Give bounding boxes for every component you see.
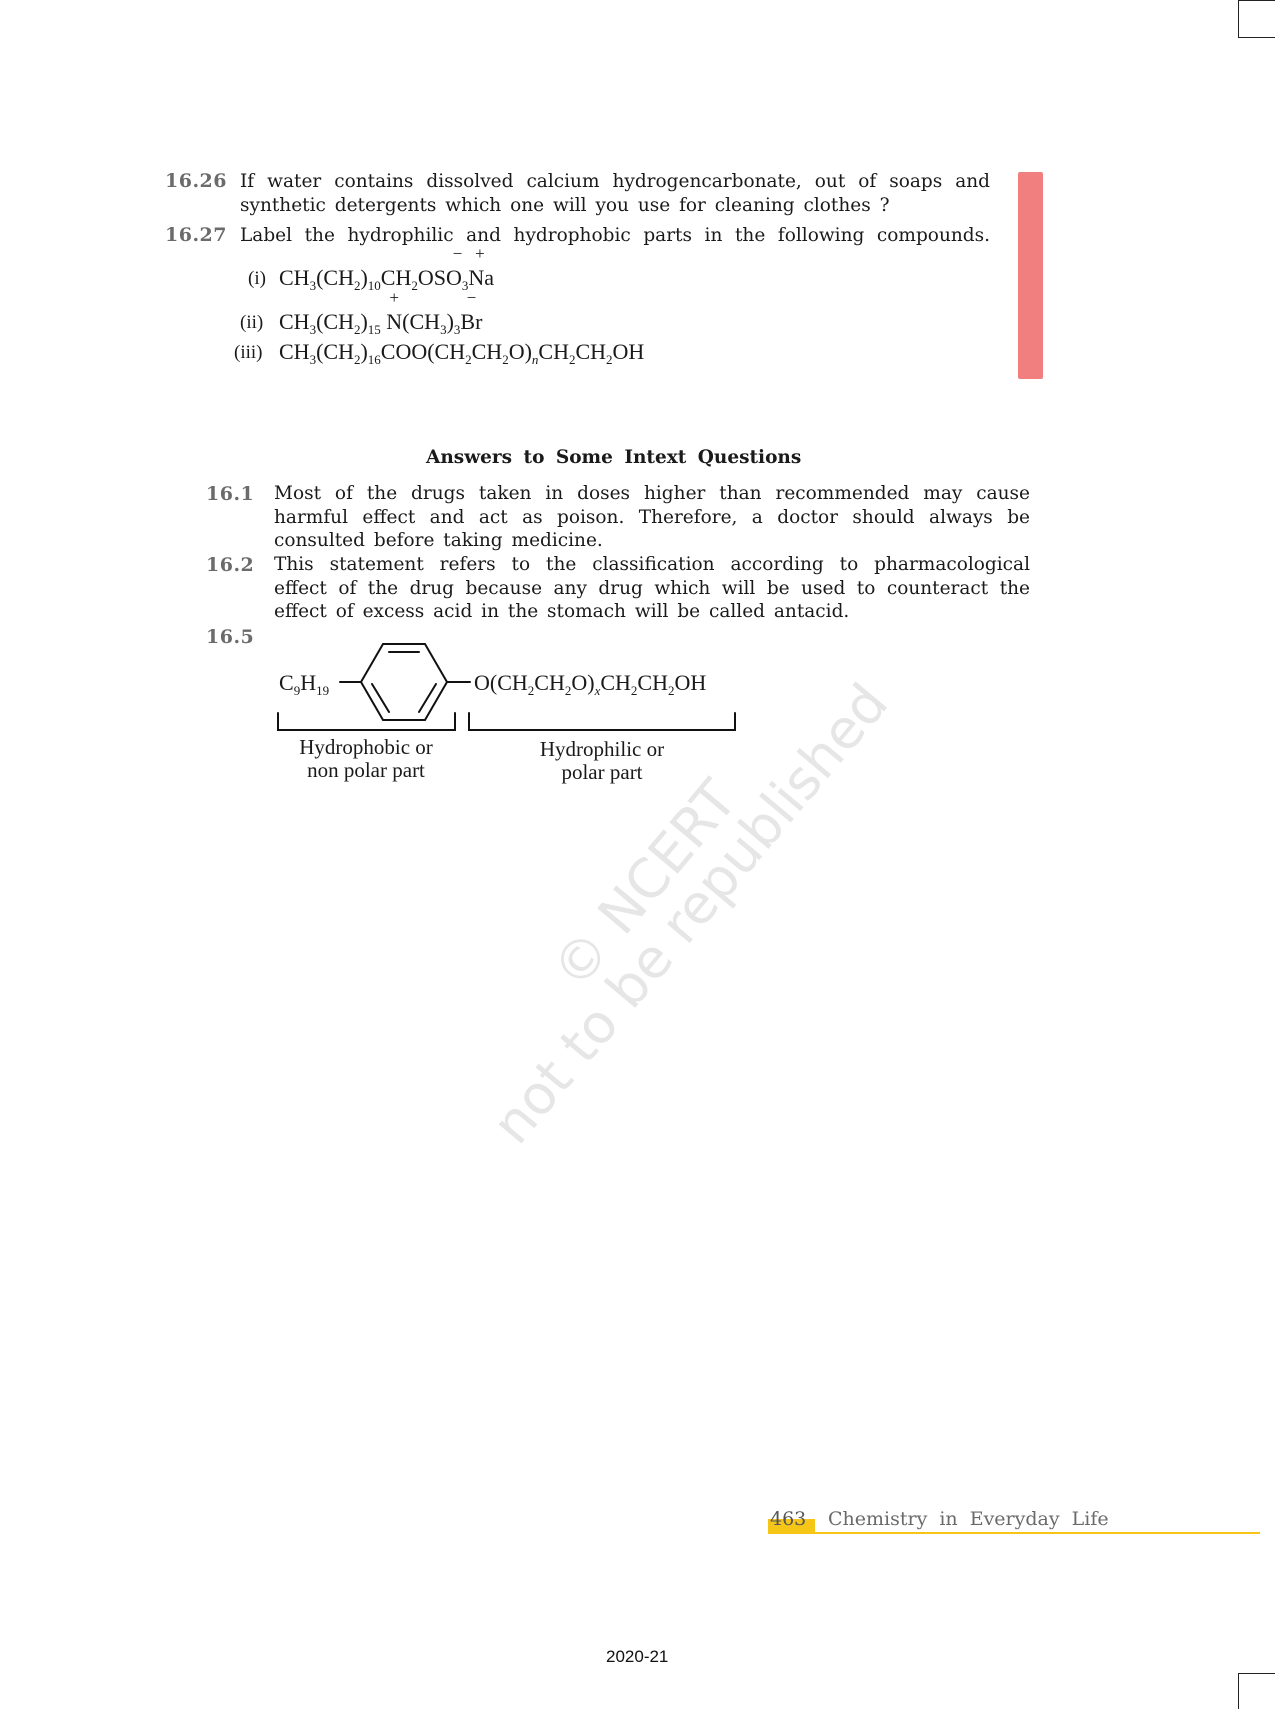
chapter-title: Chemistry in Everyday Life (828, 1508, 1109, 1530)
crop-mark-bottom-right (1238, 1673, 1275, 1709)
polyether-chain: O(CH2CH2O)xCH2CH2OH (474, 670, 706, 696)
footer-rule (768, 1532, 1260, 1534)
edition-year: 2020-21 (606, 1647, 668, 1667)
hydrophilic-caption: Hydrophilic or polar part (502, 738, 702, 784)
hydrophobic-caption: Hydrophobic or non polar part (266, 736, 466, 782)
page-number: 463 (770, 1508, 806, 1530)
